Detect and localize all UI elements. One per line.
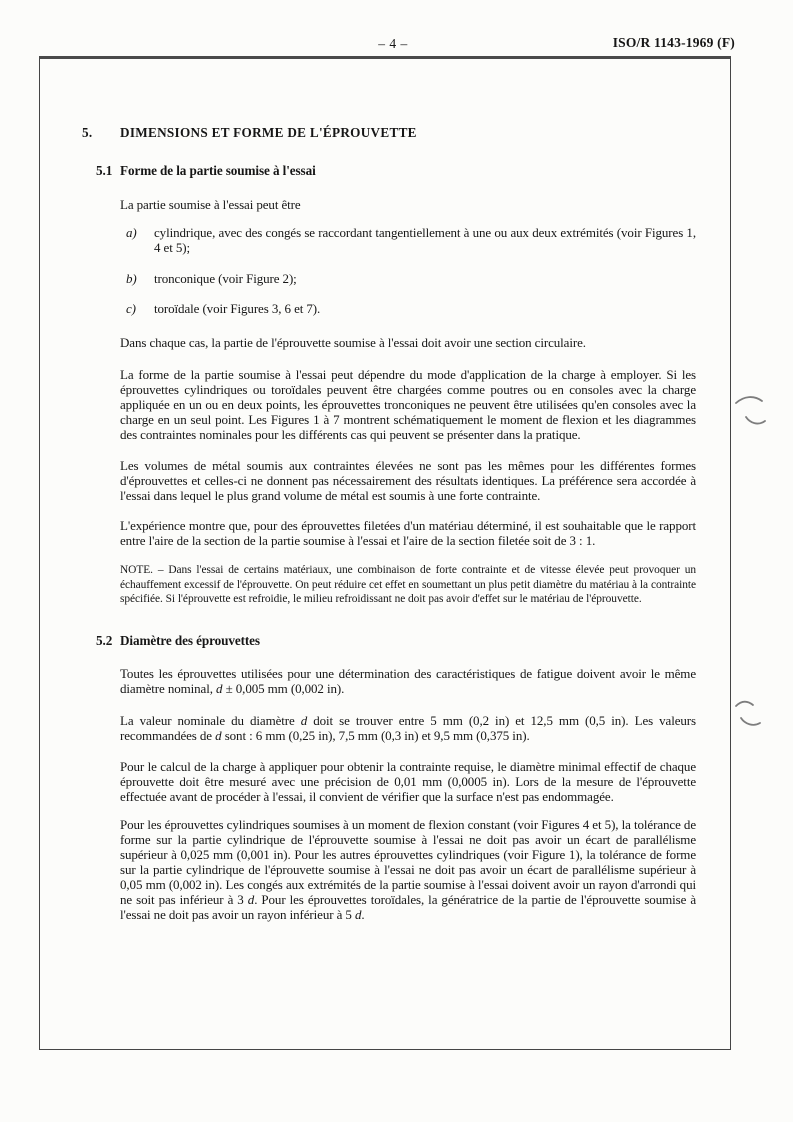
paragraph-circular-section: Dans chaque cas, la partie de l'éprouvet…: [120, 335, 696, 350]
section-5-1-number: 5.1: [96, 163, 112, 178]
paragraph-form-tolerance: Pour les éprouvettes cylindriques soumis…: [120, 817, 696, 922]
list-item-c-label: c): [126, 301, 136, 316]
section-5-2-heading: 5.2 Diamètre des éprouvettes: [120, 633, 696, 648]
doc-reference: ISO/R 1143-1969 (F): [613, 35, 735, 51]
paragraph-load-application: La forme de la partie soumise à l'essai …: [120, 367, 696, 442]
list-item-a-label: a): [126, 225, 137, 240]
document-page: { "header": { "page_number": "– 4 –", "d…: [0, 0, 793, 1122]
pen-mark-icon: [731, 390, 783, 432]
pen-mark-icon: [728, 696, 780, 738]
list-item-b-label: b): [126, 271, 137, 286]
content-column: 5. DIMENSIONS ET FORME DE L'ÉPROUVETTE 5…: [120, 59, 696, 922]
list-item-a-text: cylindrique, avec des congés se raccorda…: [154, 225, 696, 255]
section-5-2-title: Diamètre des éprouvettes: [120, 633, 260, 648]
list-item-c: c) toroïdale (voir Figures 3, 6 et 7).: [120, 301, 696, 316]
page-frame: 5. DIMENSIONS ET FORME DE L'ÉPROUVETTE 5…: [39, 56, 731, 1050]
list-item-b: b) tronconique (voir Figure 2);: [120, 271, 696, 286]
section-5-1-heading: 5.1 Forme de la partie soumise à l'essai: [120, 163, 696, 178]
paragraph-threaded-ratio: L'expérience montre que, pour des éprouv…: [120, 518, 696, 548]
list-item-c-text: toroïdale (voir Figures 3, 6 et 7).: [154, 301, 696, 316]
paragraph-load-calculation: Pour le calcul de la charge à appliquer …: [120, 759, 696, 804]
section-5-heading: 5. DIMENSIONS ET FORME DE L'ÉPROUVETTE: [120, 125, 696, 140]
list-item-b-text: tronconique (voir Figure 2);: [154, 271, 696, 286]
paragraph-nominal-diameter: Toutes les éprouvettes utilisées pour un…: [120, 666, 696, 696]
paragraph-diameter-values: La valeur nominale du diamètre d doit se…: [120, 713, 696, 743]
list-item-a: a) cylindrique, avec des congés se racco…: [120, 225, 696, 255]
section-5-title: DIMENSIONS ET FORME DE L'ÉPROUVETTE: [120, 125, 417, 140]
section-5-number: 5.: [82, 125, 93, 140]
intro-paragraph: La partie soumise à l'essai peut être: [120, 197, 696, 212]
section-5-1-title: Forme de la partie soumise à l'essai: [120, 163, 316, 178]
section-5-2-number: 5.2: [96, 633, 112, 648]
paragraph-metal-volumes: Les volumes de métal soumis aux contrain…: [120, 458, 696, 503]
note-paragraph: NOTE. – Dans l'essai de certains matéria…: [120, 563, 696, 607]
